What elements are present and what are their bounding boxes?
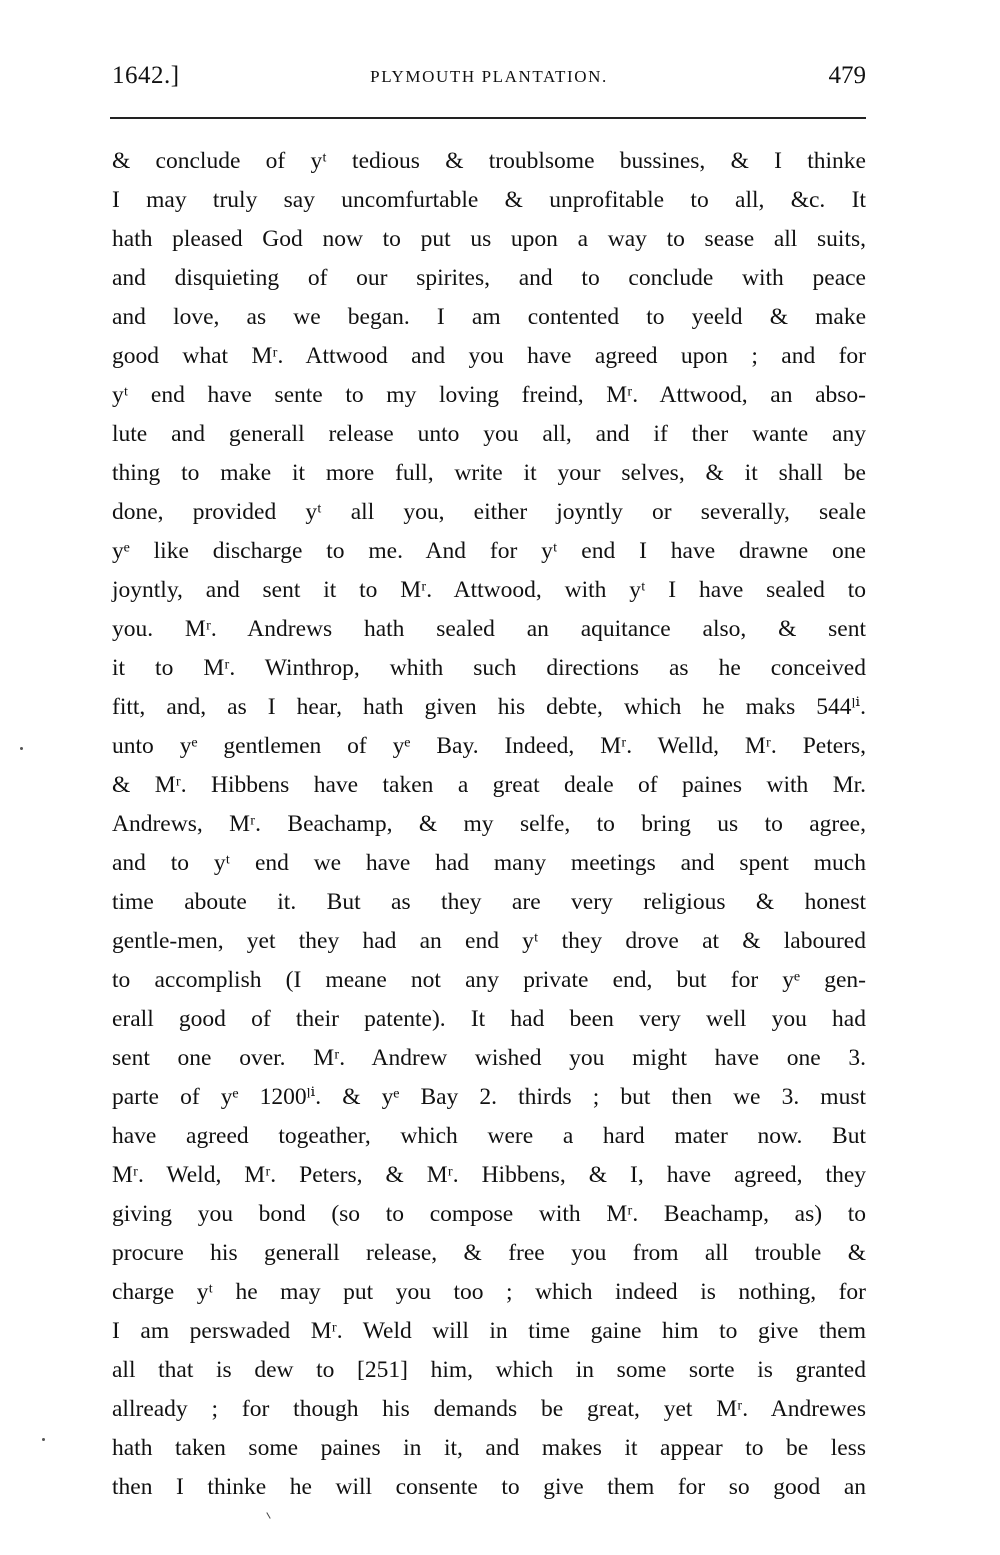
text-line: I am perswaded Mʳ. Weld will in time gai… [112,1312,866,1351]
text-line: to accomplish (I meane not any private e… [112,961,866,1000]
text-line: & Mʳ. Hibbens have taken a great deale o… [112,766,866,805]
text-line: charge yᵗ he may put you too ; which ind… [112,1273,866,1312]
scan-speck [42,1438,45,1441]
text-line: erall good of their patente). It had bee… [112,1000,866,1039]
page-number: 479 [829,62,867,90]
body-text: & conclude of yᵗ tedious & troublsome bu… [112,142,866,1507]
text-line: parte of yᵉ 1200ˡⁱ. & yᵉ Bay 2. thirds ;… [112,1078,866,1117]
text-line: sent one over. Mʳ. Andrew wished you mig… [112,1039,866,1078]
text-line: & conclude of yᵗ tedious & troublsome bu… [112,142,866,181]
header-rule-divider [110,117,866,119]
text-line: all that is dew to [251] him, which in s… [112,1351,866,1390]
text-line: have agreed togeather, which were a hard… [112,1117,866,1156]
text-line: allready ; for though his demands be gre… [112,1390,866,1429]
text-line: lute and generall release unto you all, … [112,415,866,454]
text-line: good what Mʳ. Attwood and you have agree… [112,337,866,376]
text-line: yᵉ like discharge to me. And for yᵗ end … [112,532,866,571]
text-line: thing to make it more full, write it you… [112,454,866,493]
text-line: yᵗ end have sente to my loving freind, M… [112,376,866,415]
text-line: hath taken some paines in it, and makes … [112,1429,866,1468]
text-line: you. Mʳ. Andrews hath sealed an aquitanc… [112,610,866,649]
text-line: I may truly say uncomfurtable & unprofit… [112,181,866,220]
text-line: time aboute it. But as they are very rel… [112,883,866,922]
text-line: done, provided yᵗ all you, either joyntl… [112,493,866,532]
text-line: procure his generall release, & free you… [112,1234,866,1273]
document-page: 1642.] PLYMOUTH PLANTATION. 479 & conclu… [0,0,1000,1555]
text-line: unto yᵉ gentlemen of yᵉ Bay. Indeed, Mʳ.… [112,727,866,766]
text-line: hath pleased God now to put us upon a wa… [112,220,866,259]
text-line: and to yᵗ end we have had many meetings … [112,844,866,883]
text-line: joyntly, and sent it to Mʳ. Attwood, wit… [112,571,866,610]
text-line: then I thinke he will consente to give t… [112,1468,866,1507]
header-title: PLYMOUTH PLANTATION. [112,67,866,87]
text-line: Mʳ. Weld, Mʳ. Peters, & Mʳ. Hibbens, & I… [112,1156,866,1195]
text-line: Andrews, Mʳ. Beachamp, & my selfe, to br… [112,805,866,844]
text-line: fitt, and, as I hear, hath given his deb… [112,688,866,727]
text-line: it to Mʳ. Winthrop, whith such direction… [112,649,866,688]
text-line: and love, as we began. I am contented to… [112,298,866,337]
scan-speck [20,747,23,750]
text-line: and disquieting of our spirites, and to … [112,259,866,298]
text-line: giving you bond (so to compose with Mʳ. … [112,1195,866,1234]
scan-mark [266,1512,270,1519]
text-line: gentle-men, yet they had an end yᵗ they … [112,922,866,961]
running-header: 1642.] PLYMOUTH PLANTATION. 479 [112,62,866,98]
